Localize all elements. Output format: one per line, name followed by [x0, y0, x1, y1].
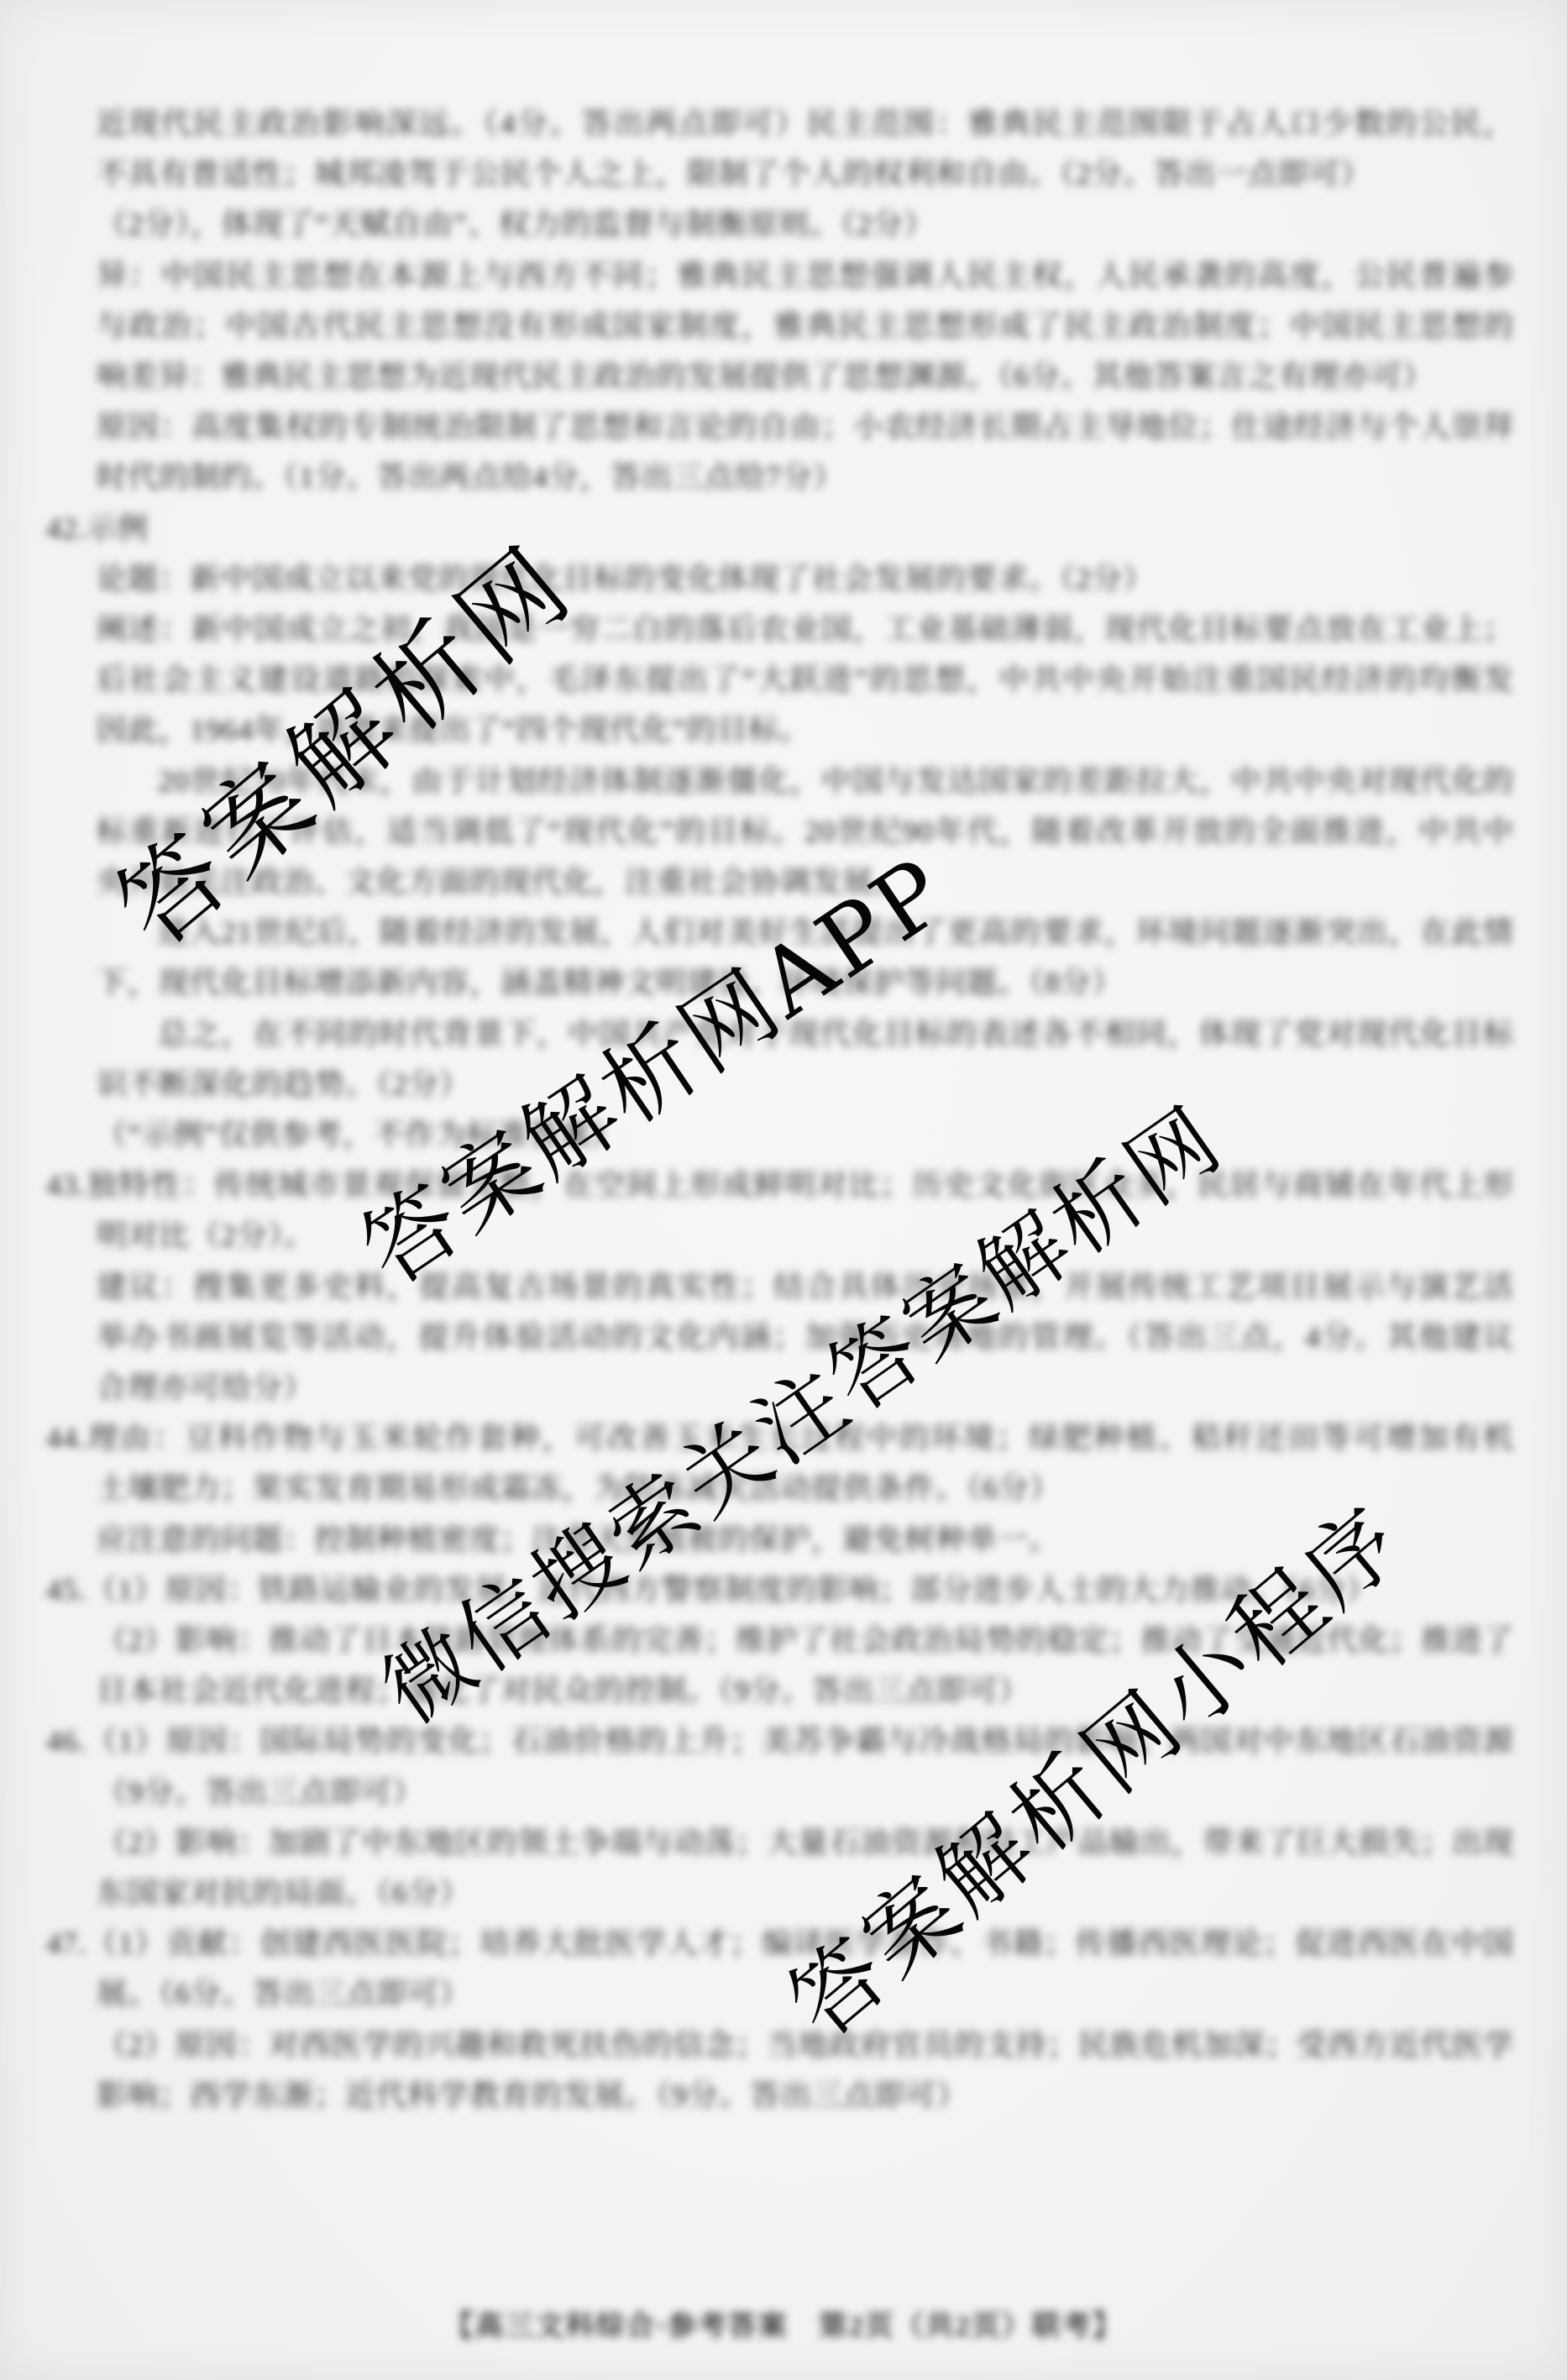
text-line: 应注意的问题：控制种植密度；注意天然植被的保护，避免树种单一。	[97, 1513, 1514, 1565]
text-line: 44.理由：豆科作物与玉米轮作套种，可改善玉米生长过程中的环境；绿肥种植、秸秆还…	[46, 1412, 1514, 1464]
text-line: （“示例”仅供参考，不作为标准答案）	[97, 1109, 1514, 1161]
text-line: 合理亦可给分）	[97, 1361, 1514, 1413]
text-line: 45.（1）原因：铁路运输业的发展；近代西方警察制度的影响；部分进步人士的大力推…	[46, 1564, 1514, 1616]
text-line: 后社会主义建设道路的探索中，毛泽东提出了“大跃进”的思想，中共中央开始注重国民经…	[97, 653, 1514, 705]
text-line: 时代的制约。（1分。答出两点给4分，答出三点给7分）	[97, 451, 1514, 503]
blurred-answer-text: 近现代民主政治影响深远。（4分。答出两点即可）民主范围：雅典民主范围限于占人口少…	[0, 0, 1567, 2380]
text-line: （2）影响：加剧了中东地区的领土争端与动荡；大量石油资源和轻工产品输出，带来了巨…	[97, 1816, 1514, 1869]
page-footer: 【高三文科综合·参考答案 第2页（共2页）联考】	[0, 2303, 1567, 2344]
text-line: 43.独特性：传统城市景观保留完整，在空间上形成鲜明对比；历史文化街区众多，民居…	[46, 1159, 1514, 1211]
text-line: 标重新进行了评估，适当调低了“现代化”的目标。20世纪90年代，随着改革开放的全…	[97, 805, 1514, 857]
text-line: 46.（1）原因：国际局势的变化；石油价格的上升；美苏争霸与冷战格局的影响；两国…	[46, 1715, 1514, 1767]
text-line: 近现代民主政治影响深远。（4分。答出两点即可）民主范围：雅典民主范围限于占人口少…	[97, 97, 1514, 149]
text-line: 央开始关注政治、文化方面的现代化，注重社会协调发展。	[97, 856, 1514, 908]
text-line: 土壤肥力；果实发育期易形成霜冻，为防冻减灾活动提供条件。（6分）	[97, 1462, 1514, 1514]
text-line: 明对比（2分）。	[97, 1209, 1514, 1261]
text-line: 识不断深化的趋势。（2分）	[97, 1058, 1514, 1110]
text-line: （2）影响：推动了日本铁路管理体系的完善；维护了社会政治局势的稳定；推动了交通近…	[97, 1614, 1514, 1666]
text-line: 响差异：雅典民主思想为近现代民主政治的发展提供了思想渊源。（6分。其他答案言之有…	[97, 350, 1514, 402]
text-line: 不具有普适性；城邦凌驾于公民个人之上，限制了个人的权利和自由。（2分。答出一点即…	[97, 148, 1514, 200]
text-line: （2分），体现了“天赋自由”、权力的监督与制衡原则。（2分）	[97, 198, 1514, 250]
text-line: 东国家对抗的局面。（6分）	[97, 1867, 1514, 1919]
text-line: 总之，在不同的时代背景下，中国共产党对于现代化目标的表述各不相同，体现了党对现代…	[158, 1008, 1514, 1060]
scanned-answer-page: 近现代民主政治影响深远。（4分。答出两点即可）民主范围：雅典民主范围限于占人口少…	[0, 0, 1567, 2380]
text-line: （9分。答出三点即可）	[97, 1766, 1514, 1818]
text-line: 因此，1964年，周恩来提出了“四个现代化”的目标。	[97, 704, 1514, 756]
text-line: 阐述：新中国成立之初，我国是一穷二白的落后农业国，工业基础薄弱，现代化目标要点放…	[97, 603, 1514, 655]
text-line: 异：中国民主思想在本源上与西方不同；雅典民主思想强调人民主权，人民承袭的高度，公…	[97, 249, 1514, 301]
text-line: 与政治；中国古代民主思想没有形成国家制度，雅典民主思想形成了民主政治制度；中国民…	[97, 300, 1514, 352]
text-line: 下，现代化目标增添新内容，涵盖精神文明建设、环境保护等问题。（8分）	[97, 957, 1514, 1009]
text-line: （2）原因：对西医学的兴趣和救死扶伤的信念；当地政府官员的支持；民族危机加深；受…	[97, 2019, 1514, 2071]
text-line: 原因：高度集权的专制统治限制了思想和言论的自由；小农经济长期占主导地位；仕途经济…	[97, 401, 1514, 453]
text-line: 展。（6分。答出三点即可）	[97, 1968, 1514, 2020]
text-line: 建议：搜集更多史料，提高复古场景的真实性；结合具体历史场景，开展传统工艺项目展示…	[97, 1261, 1514, 1313]
text-line: 论题：新中国成立以来党的现代化目标的变化体现了社会发展的要求。（2分）	[97, 553, 1514, 605]
text-line: 日本社会近代化进程；强化了对民众的控制。（9分。答出三点即可）	[97, 1664, 1514, 1717]
text-line: 47.（1）贡献：创建西医医院；培养大批医学人才；编译医学著作、书籍；传播西医理…	[46, 1917, 1514, 1969]
text-line: 影响；西学东渐；近代科学教育的发展。（9分。答出三点即可）	[97, 2069, 1514, 2121]
text-line: 42.示例	[46, 502, 1514, 554]
text-line: 20世纪70年代末，由于计划经济体制逐渐僵化，中国与发达国家的差距拉大，中共中央…	[158, 755, 1514, 807]
text-line: 举办书画展览等活动，提升体验活动的文化内涵；加强历史场地的管理。（答出三点，4分…	[97, 1311, 1514, 1363]
text-line: 进入21世纪后，随着经济的发展，人们对美好生活提出了更高的要求，环境问题逐渐突出…	[158, 906, 1514, 958]
